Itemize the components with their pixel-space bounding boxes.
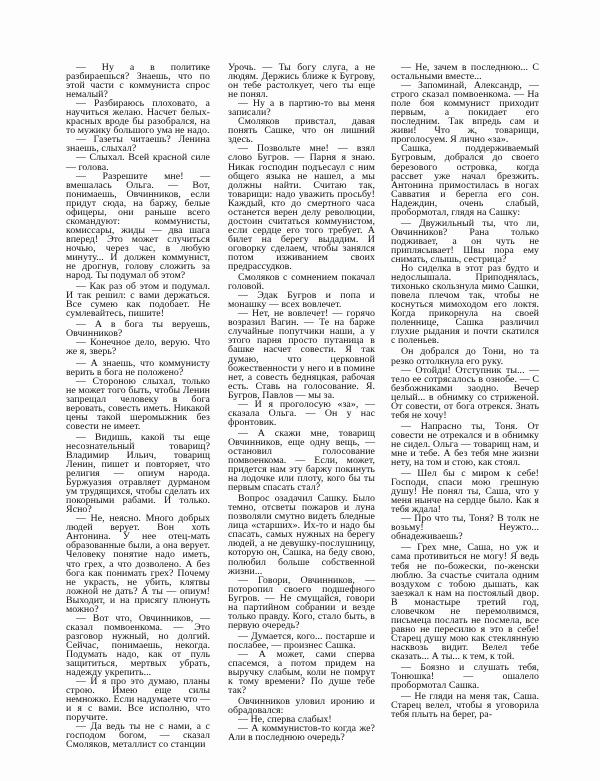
paragraph: Урочь. — Ты богу слуга, а не людям. Держ… bbox=[228, 63, 375, 99]
paragraph: — Думается, кого... постарше и послабее,… bbox=[228, 632, 375, 650]
paragraph: — Говори, Овчинников, — поторопил своего… bbox=[228, 576, 375, 630]
paragraph: — Конечное дело, верую. Что же я, зверь? bbox=[66, 338, 210, 356]
paragraph: — Грех мне, Саша, но уж и сама противить… bbox=[391, 543, 539, 661]
paragraph: — Как раз об этом и подумал. И так решил… bbox=[66, 282, 210, 318]
paragraph: Смоляков с сомнением покачал головой. bbox=[228, 273, 375, 291]
text-column-2: Урочь. — Ты богу слуга, а не людям. Держ… bbox=[228, 63, 375, 742]
paragraph: — Не гляди на меня так, Саша. Старец вел… bbox=[391, 692, 539, 719]
book-page: — Ну а в политике разбираешься? Знаешь, … bbox=[0, 0, 600, 781]
paragraph: — А знаешь, что коммунисту верить в бога… bbox=[66, 359, 210, 377]
paragraph: — А коммунистов-то когда же? Али в после… bbox=[228, 724, 375, 742]
paragraph: — Ну а в партию-то вы меня записали? bbox=[228, 99, 375, 117]
paragraph: Смоляков привстал, давая понять Сашке, ч… bbox=[228, 117, 375, 144]
paragraph: — Видишь, какой ты еще несознательный то… bbox=[66, 433, 210, 514]
paragraph: — Не, неясно. Много добрых людей верует.… bbox=[66, 514, 210, 614]
paragraph: — Ну а в политике разбираешься? Знаешь, … bbox=[66, 63, 210, 99]
paragraph: — Боязно и слушать тебя, Тонюшка! — ошал… bbox=[391, 663, 539, 690]
paragraph: — Эдак Бугров и попа и монашку — всех во… bbox=[228, 291, 375, 309]
text-column-1: — Ну а в политике разбираешься? Знаешь, … bbox=[66, 63, 210, 750]
paragraph: — Газеты читаешь? Ленина знаешь, слыхал? bbox=[66, 135, 210, 153]
paragraph: Он добрался до Тони, но та резко оттолкн… bbox=[391, 347, 539, 365]
text-column-3: — Не, зачем в последнюю... С остальными … bbox=[391, 63, 539, 719]
paragraph: — Двужильный ты, что ли, Овчинников? Ран… bbox=[391, 219, 539, 264]
paragraph: — Не, зачем в последнюю... С остальными … bbox=[391, 63, 539, 81]
paragraph: — Разбираюсь плоховато, а научиться жела… bbox=[66, 99, 210, 135]
paragraph: — Да ведь ты не с нами, а с господом бог… bbox=[66, 722, 210, 749]
paragraph: Вопрос озадачил Сашку. Было темно, отсве… bbox=[228, 494, 375, 575]
paragraph: — Запоминай, Александр, — строго сказал … bbox=[391, 81, 539, 144]
paragraph: — Стороною слыхал, только не может того … bbox=[66, 377, 210, 431]
paragraph: — И я про это думаю, планы строю. Имею е… bbox=[66, 677, 210, 722]
paragraph: Овчинников уловил иронию и обрадовался: bbox=[228, 697, 375, 715]
paragraph: — А скажи мне, товарищ Овчинников, еще о… bbox=[228, 429, 375, 492]
paragraph: Сашка, поддерживаемый Бугровым, добрался… bbox=[391, 144, 539, 216]
paragraph: — Позвольте мне! — взял слово Бугров. — … bbox=[228, 144, 375, 271]
paragraph: — А может, сами сперва спасемся, а потом… bbox=[228, 650, 375, 695]
paragraph: — А в бога ты веруешь, Овчинников? bbox=[66, 320, 210, 338]
paragraph: — И я проголосую «за», — сказала Ольга. … bbox=[228, 400, 375, 427]
paragraph: — Вот что, Овчинников, — сказал помвоенк… bbox=[66, 614, 210, 677]
paragraph: — Напрасно ты, Тоня. От совести не отрек… bbox=[391, 422, 539, 467]
paragraph: — Отойди! Отступник ты... — тело ее сотр… bbox=[391, 366, 539, 420]
paragraph: — Про что ты, Тоня? В толк не возьму! Не… bbox=[391, 514, 539, 541]
paragraph: — Разрешите мне! — вмешалась Ольга. — Во… bbox=[66, 172, 210, 281]
paragraph: — Шел бы с миром к себе! Господи, спаси … bbox=[391, 469, 539, 514]
paragraph: — Нет, не вовлечет! — горячо возразил Ва… bbox=[228, 309, 375, 399]
paragraph: — Слыхал. Всей красной силе — голова. bbox=[66, 153, 210, 171]
paragraph: Но сиделка в этот раз будто и недослышал… bbox=[391, 264, 539, 345]
